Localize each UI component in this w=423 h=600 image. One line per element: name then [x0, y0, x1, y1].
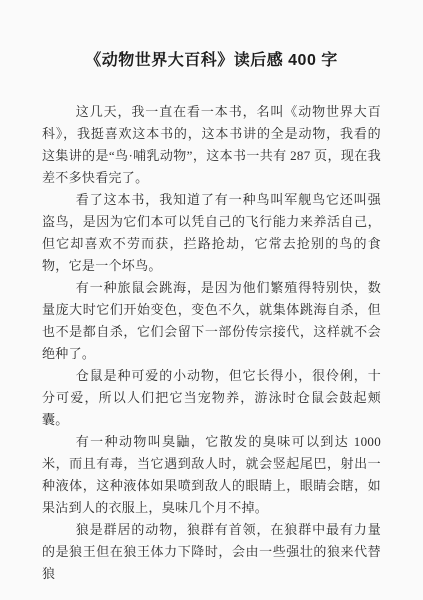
- essay-title: 《动物世界大百科》读后感 400 字: [40, 50, 383, 72]
- essay-paragraph: 看了这本书，我知道了有一种鸟叫军舰鸟它还叫强盗鸟，是因为它们本可以凭自己的飞行能…: [42, 189, 381, 277]
- essay-paragraph: 仓鼠是种可爱的小动物，但它长得小，很伶俐，十分可爱，所以人们把它当宠物养，游泳时…: [42, 365, 381, 431]
- essay-paragraph: 这几天，我一直在看一本书，名叫《动物世界大百科》，我挺喜欢这本书的，这本书讲的全…: [42, 101, 381, 189]
- essay-paragraph: 狼是群居的动物，狼群有首领，在狼群中最有力量的是狼王但在狼王体力下降时，会由一些…: [42, 519, 381, 585]
- essay-paragraph: 有一种旅鼠会跳海，是因为他们繁殖得特别快，数量庞大时它们开始变色，变色不久，就集…: [42, 277, 381, 365]
- essay-body: 这几天，我一直在看一本书，名叫《动物世界大百科》，我挺喜欢这本书的，这本书讲的全…: [42, 101, 381, 585]
- document-page: 《动物世界大百科》读后感 400 字 这几天，我一直在看一本书，名叫《动物世界大…: [0, 0, 423, 600]
- essay-paragraph: 有一种动物叫臭鼬，它散发的臭味可以到达 1000 米，而且有毒，当它遇到敌人时，…: [42, 431, 381, 519]
